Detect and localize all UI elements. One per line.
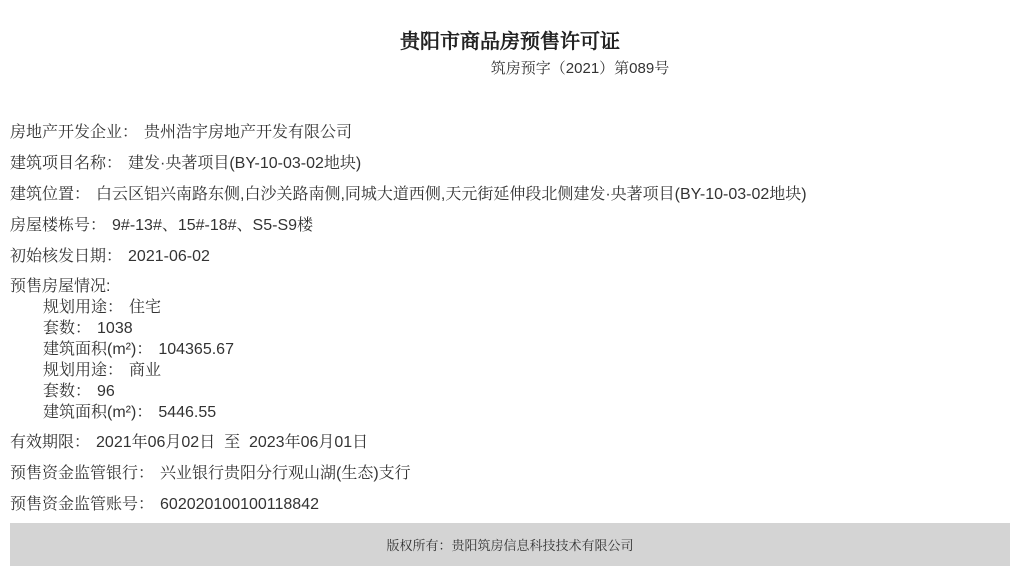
presale-item-value: 商业: [129, 362, 161, 379]
footer-bar: 版权所有：贵阳筑房信息科技技术有限公司: [10, 523, 1010, 566]
presale-item: 套数：96: [10, 381, 1010, 402]
field-row: 有效期限：2021年06月02日 至 2023年06月01日: [10, 427, 1010, 458]
field-label: 建筑位置：: [10, 186, 90, 203]
presale-item-label: 套数：: [43, 320, 91, 337]
field-value: 9#-13#、15#-18#、S5-S9楼: [112, 217, 313, 234]
page-title: 贵阳市商品房预售许可证: [10, 31, 1010, 54]
field-row: 初始核发日期：2021-06-02: [10, 241, 1010, 272]
field-value: 贵州浩宇房地产开发有限公司: [144, 124, 352, 141]
field-row: 房地产开发企业：贵州浩宇房地产开发有限公司: [10, 117, 1010, 148]
bottom-fields: 有效期限：2021年06月02日 至 2023年06月01日 预售资金监管银行：…: [10, 427, 1010, 520]
presale-item: 建筑面积(m²)：104365.67: [10, 339, 1010, 360]
presale-item-value: 104365.67: [158, 341, 234, 358]
field-value: 602020100100118842: [160, 496, 319, 513]
field-row: 房屋楼栋号：9#-13#、15#-18#、S5-S9楼: [10, 210, 1010, 241]
field-value: 建发·央著项目(BY-10-03-02地块): [128, 155, 361, 172]
presale-item-value: 住宅: [129, 299, 161, 316]
presale-item-value: 96: [97, 383, 115, 400]
field-label: 建筑项目名称：: [10, 155, 122, 172]
field-row: 建筑位置：白云区铝兴南路东侧,白沙关路南侧,同城大道西侧,天元街延伸段北侧建发·…: [10, 179, 1010, 210]
field-row: 建筑项目名称：建发·央著项目(BY-10-03-02地块): [10, 148, 1010, 179]
presale-item: 规划用途：住宅: [10, 297, 1010, 318]
field-value: 兴业银行贵阳分行观山湖(生态)支行: [160, 465, 411, 482]
footer-copyright-text: 版权所有：贵阳筑房信息科技技术有限公司: [386, 535, 633, 554]
field-label: 房屋楼栋号：: [10, 217, 106, 234]
field-row: 预售资金监管账号：602020100100118842: [10, 489, 1010, 520]
doc-number: 筑房预字（2021）第089号: [80, 60, 1020, 78]
presale-item-value: 1038: [97, 320, 133, 337]
presale-item-label: 规划用途：: [43, 362, 123, 379]
presale-item-label: 建筑面积(m²)：: [43, 404, 152, 421]
presale-item: 规划用途：商业: [10, 360, 1010, 381]
presale-item: 套数：1038: [10, 318, 1010, 339]
presale-permit-document: 贵阳市商品房预售许可证 筑房预字（2021）第089号 房地产开发企业：贵州浩宇…: [0, 31, 1020, 566]
presale-item: 建筑面积(m²)：5446.55: [10, 402, 1010, 423]
field-label: 预售资金监管账号：: [10, 496, 154, 513]
field-label: 预售资金监管银行：: [10, 465, 154, 482]
presale-item-label: 建筑面积(m²)：: [43, 341, 152, 358]
presale-item-value: 5446.55: [158, 404, 216, 421]
field-value: 2021年06月02日 至 2023年06月01日: [96, 434, 368, 451]
field-label: 有效期限：: [10, 434, 90, 451]
field-label: 房地产开发企业：: [10, 124, 138, 141]
presale-item-label: 套数：: [43, 383, 91, 400]
field-row: 预售资金监管银行：兴业银行贵阳分行观山湖(生态)支行: [10, 458, 1010, 489]
presale-section: 预售房屋情况: 规划用途：住宅 套数：1038 建筑面积(m²)：104365.…: [10, 276, 1010, 423]
field-label: 初始核发日期：: [10, 248, 122, 265]
presale-heading: 预售房屋情况:: [10, 276, 1010, 297]
field-value: 2021-06-02: [128, 248, 210, 265]
main-fields: 房地产开发企业：贵州浩宇房地产开发有限公司 建筑项目名称：建发·央著项目(BY-…: [10, 117, 1010, 272]
presale-item-label: 规划用途：: [43, 299, 123, 316]
field-value: 白云区铝兴南路东侧,白沙关路南侧,同城大道西侧,天元街延伸段北侧建发·央著项目(…: [96, 186, 807, 203]
